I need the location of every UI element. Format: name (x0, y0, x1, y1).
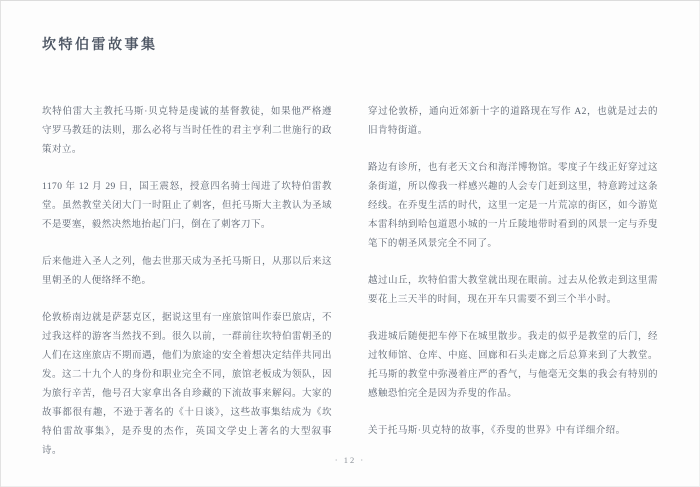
page-number: · 12 · (0, 455, 700, 465)
paragraph: 后来他进入圣人之列，他去世那天成为圣托马斯日，从那以后来这里朝圣的人便络绎不绝。 (42, 253, 332, 291)
paragraph: 路边有诊所，也有老天文台和海洋博物馆。零度子午线正好穿过这条街道，所以像我一样感… (368, 159, 658, 254)
paragraph: 我进城后随便把车停下在城里散步。我走的似乎是教堂的后门，经过牧师馆、仓库、中庭、… (368, 328, 658, 404)
paragraph: 伦敦桥南边就是萨瑟克区，据说这里有一座旅馆叫作泰巴旅店，不过我这样的游客当然找不… (42, 309, 332, 461)
paragraph: 坎特伯雷大主教托马斯·贝克特是虔诚的基督教徒，如果他严格遵守罗马教廷的法则，那么… (42, 103, 332, 160)
paragraph: 越过山丘，坎特伯雷大教堂就出现在眼前。过去从伦敦走到这里需要花上三天半的时间，现… (368, 272, 658, 310)
right-column: 穿过伦敦桥，通向近郊新十字的道路现在写作 A2，也就是过去的旧肯特街道。路边有诊… (368, 103, 658, 479)
left-column: 坎特伯雷大主教托马斯·贝克特是虔诚的基督教徒，如果他严格遵守罗马教廷的法则，那么… (42, 103, 332, 479)
paragraph: 关于托马斯·贝克特的故事，《乔叟的世界》中有详细介绍。 (368, 422, 658, 441)
paragraph: 穿过伦敦桥，通向近郊新十字的道路现在写作 A2，也就是过去的旧肯特街道。 (368, 103, 658, 141)
paragraph: 1170 年 12 月 29 日，国王震怒，授意四名骑士闯进了坎特伯雷教堂。虽然… (42, 178, 332, 235)
page-title: 坎特伯雷故事集 (42, 34, 158, 54)
page-body: 坎特伯雷大主教托马斯·贝克特是虔诚的基督教徒，如果他严格遵守罗马教廷的法则，那么… (42, 103, 658, 479)
scanned-book-page: 坎特伯雷故事集 坎特伯雷大主教托马斯·贝克特是虔诚的基督教徒，如果他严格遵守罗马… (0, 0, 700, 487)
